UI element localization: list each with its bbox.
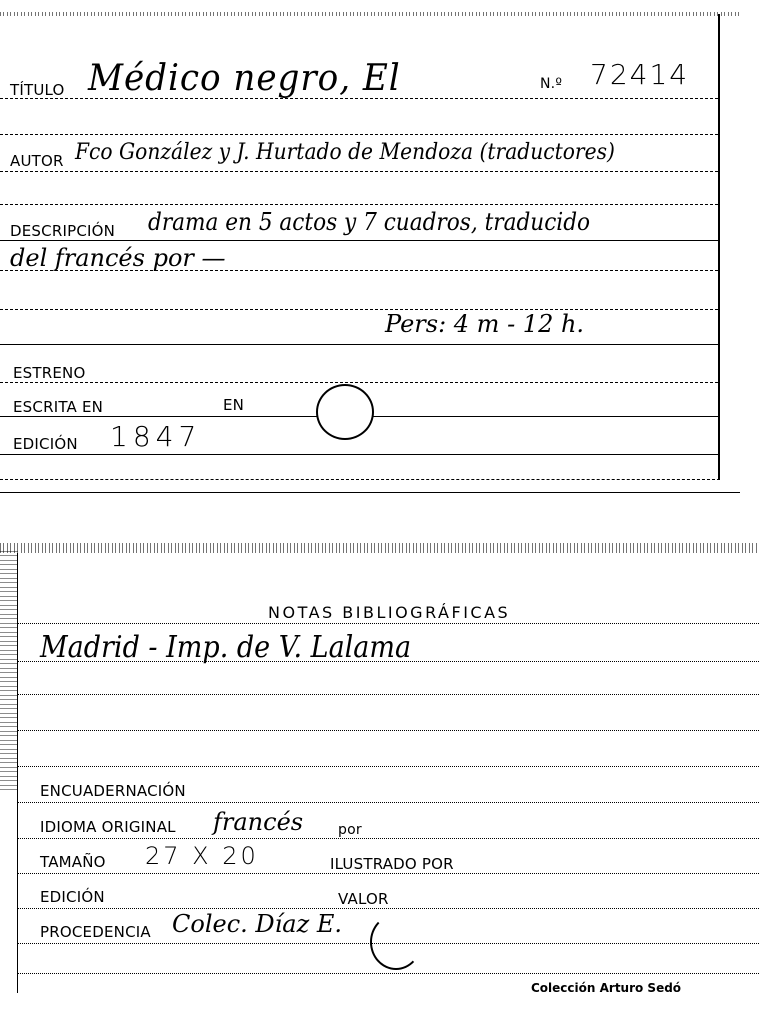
notas-rule-3 — [18, 694, 759, 695]
edicion-label: EDICIÓN — [13, 435, 78, 453]
idioma-original-rule — [18, 838, 759, 839]
ilustrado-por-label: ILUSTRADO POR — [330, 855, 454, 873]
notas-rule-5 — [18, 766, 759, 767]
collection-credit: Colección Arturo Sedó — [531, 981, 681, 995]
personajes-value: Pers: 4 m - 12 h. — [385, 310, 584, 338]
valor-label: VALOR — [338, 890, 389, 908]
numero-value: 72414 — [590, 58, 689, 91]
titulo-rule — [0, 98, 718, 99]
descripcion-rule-4 — [0, 344, 718, 345]
estreno-rule — [0, 382, 718, 383]
notas-rule-2 — [18, 661, 759, 662]
edicion-rule — [0, 454, 718, 455]
edicion-value: 1847 — [110, 420, 201, 453]
encuadernacion-label: ENCUADERNACIÓN — [40, 782, 186, 800]
descripcion-label: DESCRIPCIÓN — [10, 222, 115, 240]
idioma-original-label: IDIOMA ORIGINAL — [40, 818, 176, 836]
procedencia-rule — [18, 943, 759, 944]
descripcion-rule-1 — [0, 240, 718, 241]
autor-label: AUTOR — [10, 152, 64, 170]
autor-value: Fco González y J. Hurtado de Mendoza (tr… — [75, 140, 615, 165]
descripcion-rule-3 — [0, 309, 718, 310]
card-back-edge-top — [0, 543, 759, 553]
descripcion-rule-2 — [0, 270, 718, 271]
descripcion-top-rule — [0, 204, 718, 205]
notas-rule-1 — [18, 623, 759, 624]
autor-top-rule — [0, 134, 718, 135]
procedencia-stamp-mark — [370, 914, 422, 970]
stamp-mark — [316, 384, 374, 440]
en-label: EN — [223, 396, 244, 414]
card-edge-bottom — [0, 479, 720, 480]
notas-heading: NOTAS BIBLIOGRÁFICAS — [268, 603, 510, 622]
descripcion-line2: del francés por — — [10, 244, 226, 272]
card-edge-top — [0, 12, 740, 16]
idioma-original-value: francés — [213, 808, 303, 836]
escrita-en-label: ESCRITA EN — [13, 398, 103, 416]
card-back-edge-left — [0, 550, 18, 790]
autor-rule — [0, 171, 718, 172]
notas-line1-value: Madrid - Imp. de V. Lalama — [40, 630, 411, 665]
card-back-left-border — [17, 553, 18, 993]
bottom-rule — [18, 973, 759, 974]
card-separator — [0, 492, 740, 493]
procedencia-value: Colec. Díaz E. — [172, 910, 342, 938]
titulo-value: Médico negro, El — [88, 58, 401, 99]
tamano-rule — [18, 873, 759, 874]
notas-rule-4 — [18, 730, 759, 731]
estreno-label: ESTRENO — [13, 364, 86, 382]
por-label: por — [338, 822, 362, 838]
tamano-label: TAMAÑO — [40, 853, 106, 871]
descripcion-line1: drama en 5 actos y 7 cuadros, traducido — [148, 208, 590, 236]
numero-label: N.º — [540, 76, 562, 92]
edicion-rule-back — [18, 908, 759, 909]
tamano-value: 27 X 20 — [145, 842, 259, 870]
titulo-label: TÍTULO — [10, 81, 65, 99]
back-edicion-label: EDICIÓN — [40, 888, 105, 906]
card-edge-right — [718, 14, 720, 480]
procedencia-label: PROCEDENCIA — [40, 923, 151, 941]
encuadernacion-rule — [18, 802, 759, 803]
